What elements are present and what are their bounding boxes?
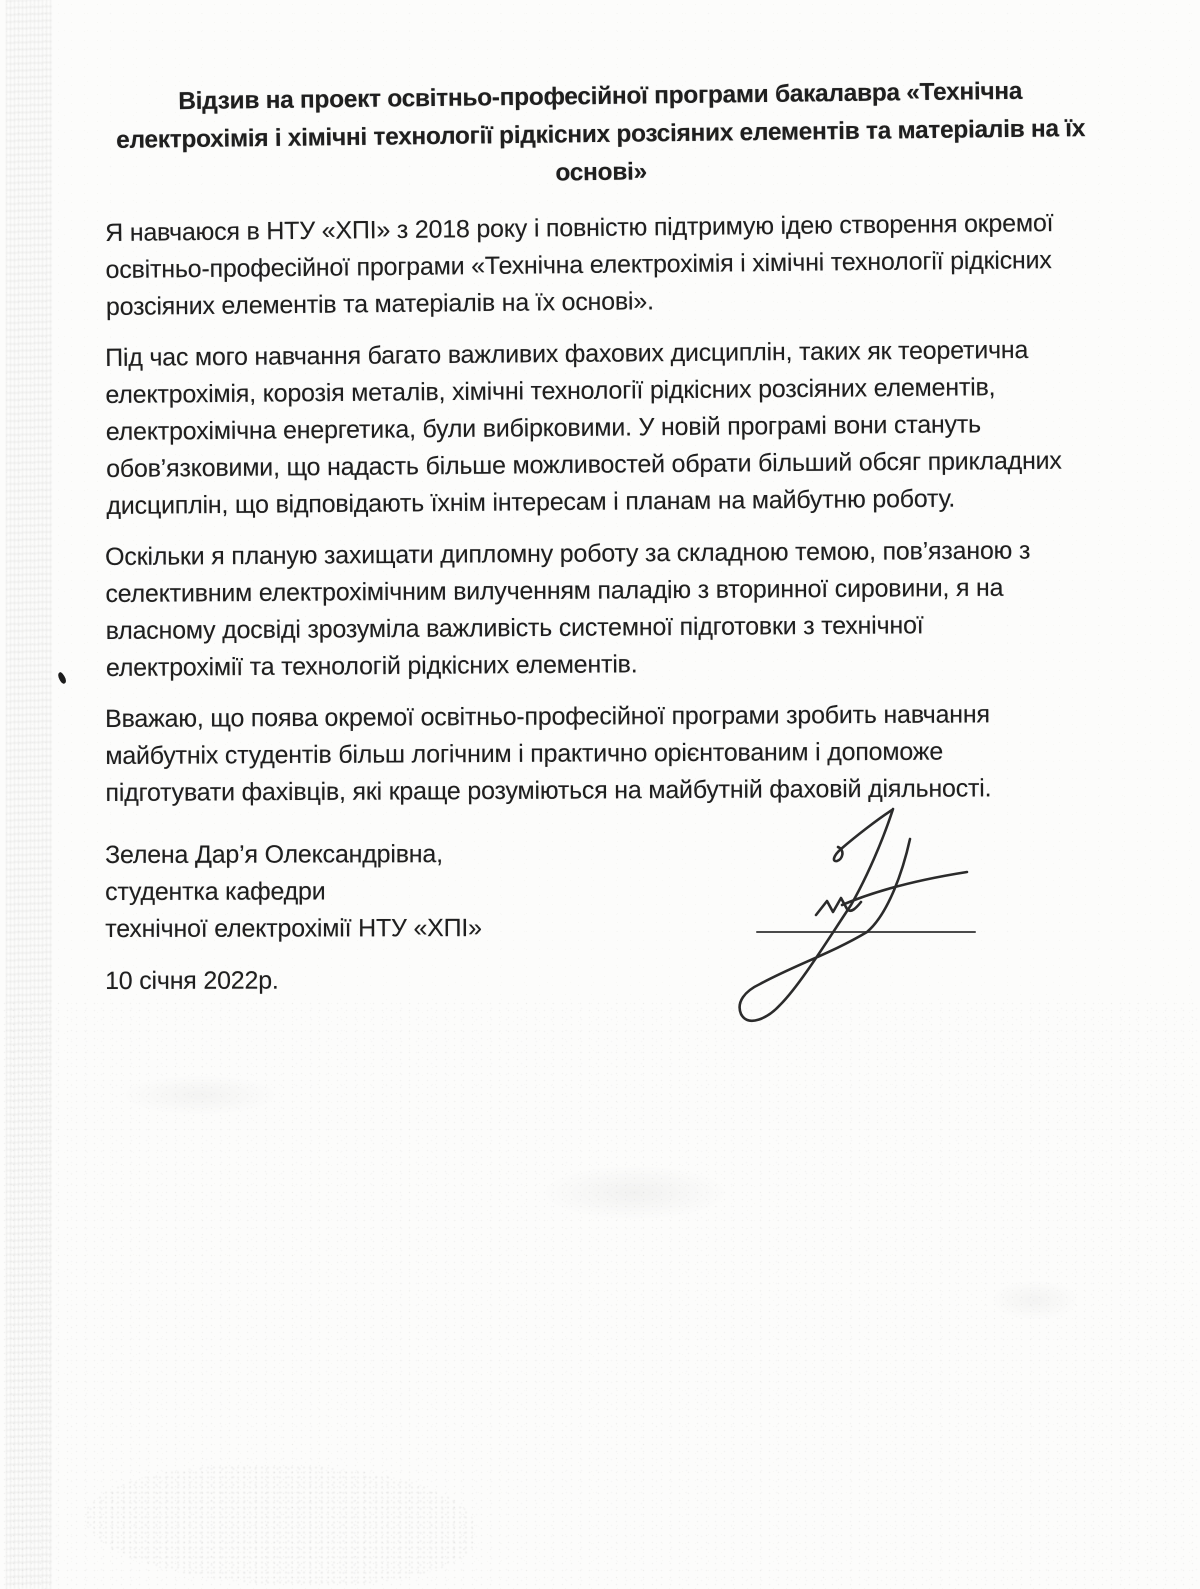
paragraph-thesis: Оскільки я планую захищати дипломну робо… — [105, 532, 1096, 687]
scanned-document-page: Відзив на проект освітньо-професійної пр… — [0, 0, 1200, 1589]
document-title: Відзив на проект освітньо-професійної пр… — [105, 72, 1096, 198]
scan-smudge — [540, 1165, 730, 1220]
paragraph-disciplines: Під час мого навчання багато важливих фа… — [105, 331, 1097, 525]
handwritten-signature — [580, 795, 1000, 1035]
scan-ink-mark — [56, 671, 67, 684]
scan-smudge — [120, 1075, 280, 1115]
paragraph-intro: Я навчаюся в НТУ «ХПІ» з 2018 року і пов… — [105, 205, 1096, 326]
scan-smudge — [990, 1280, 1080, 1320]
signature-stroke-main — [740, 809, 910, 1021]
